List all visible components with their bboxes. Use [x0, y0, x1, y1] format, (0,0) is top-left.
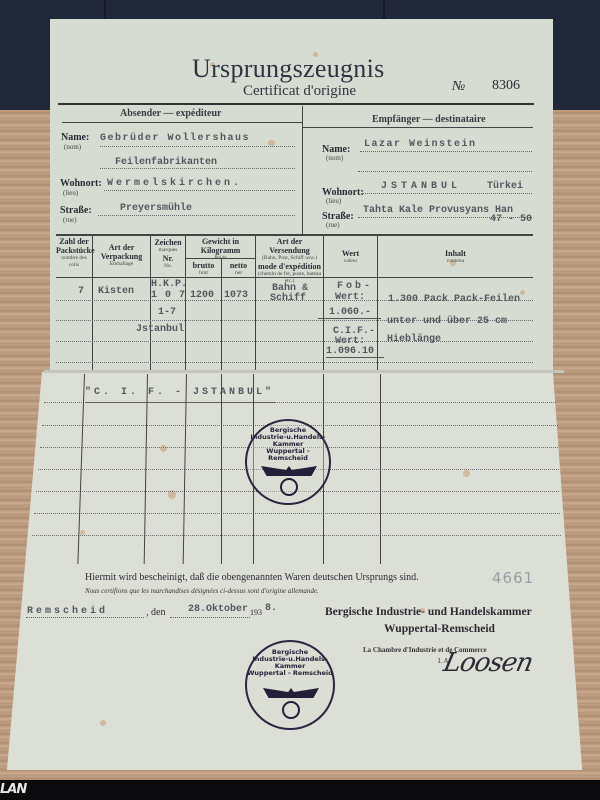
seal-ring-icon — [282, 701, 300, 719]
stamp-text-4: Wuppertal - Remscheid — [247, 448, 329, 462]
header-packaging-fr: Emballage — [93, 261, 150, 268]
cell-fob-value: 1.060.- — [329, 307, 371, 318]
recipient-heading: Empfänger — destinataire — [372, 114, 486, 125]
cell-packaging: Kisten — [98, 286, 134, 297]
footer-date-line — [170, 617, 250, 618]
footer-date: 28.Oktober — [188, 604, 248, 615]
col-divider-lower — [221, 374, 222, 564]
chamber-city: Wuppertal-Remscheid — [384, 623, 495, 635]
cell-fob-label: Fob- — [337, 281, 373, 292]
chamber-seal-stamp-2: Bergische Industrie-u.Handels- Kammer Wu… — [245, 640, 335, 730]
header-marks-fr: marques — [151, 247, 185, 254]
header-value: Wert valeur — [324, 249, 377, 265]
recipient-country: Türkei — [487, 181, 523, 192]
sender-street-sublabel: (rue) — [63, 216, 77, 224]
cell-marks-2: 1 0 7 — [151, 290, 186, 301]
terms-note: "C. I. F. - JSTANBUL" — [85, 387, 274, 398]
header-net-de: netto — [230, 261, 247, 270]
signature: Loosen — [441, 648, 535, 678]
recipient-name-line2 — [358, 171, 532, 172]
sender-place-sublabel: (lieu) — [63, 189, 78, 197]
cell-shipping-2: Schiff — [270, 293, 306, 304]
recipient-rule — [303, 127, 533, 128]
header-count-de: Zahl der Packstücke — [56, 237, 95, 255]
sender-name-line2-rule — [100, 168, 295, 169]
header-marks-de: Zeichen — [154, 238, 181, 247]
cell-net: 1073 — [224, 290, 248, 301]
sender-street: Preyersmühle — [120, 203, 192, 214]
recipient-place: JSTANBUL — [381, 181, 461, 192]
header-count: Zahl der Packstücke nombre des colis — [56, 237, 92, 269]
header-gross: brutto brut — [186, 261, 221, 277]
cell-marks-1: H.K.P. — [151, 279, 187, 290]
value-underline-2 — [326, 357, 384, 358]
document-subtitle: Certificat d'origine — [243, 83, 356, 100]
header-packaging: Art der Verpackung Emballage — [93, 243, 150, 268]
cell-gross: 1200 — [190, 290, 214, 301]
cell-contents-1: 1.300 Pack Pack-Feilen — [388, 294, 520, 305]
recipient-place-sublabel: (lieu) — [326, 197, 341, 205]
cell-marks-3: 1-7 — [158, 307, 176, 318]
sender-rule — [62, 122, 302, 123]
seal-ring-icon — [280, 478, 298, 496]
header-value-fr: valeur — [324, 258, 377, 265]
value-underline — [318, 318, 381, 319]
header-gross-fr: brut — [186, 270, 221, 277]
footer-year-suffix: 8. — [265, 603, 277, 614]
cell-marks-4: Jstanbul — [136, 324, 184, 335]
cell-count: 7 — [78, 286, 84, 297]
stamp-text-4: Wuppertal - Remscheid — [247, 670, 333, 677]
header-gross-de: brutto — [193, 261, 215, 270]
sender-name-sublabel: (nom) — [64, 143, 81, 151]
sender-street-label: Straße: — [60, 205, 92, 216]
recipient-name-sublabel: (nom) — [326, 154, 343, 162]
number-label: № — [452, 79, 465, 95]
header-contents-de: Inhalt — [445, 249, 466, 258]
row-line — [56, 362, 533, 363]
header-marks-nr: Nr. — [163, 254, 174, 263]
header-marks-no: No. — [151, 263, 185, 270]
header-weight-de: Gewicht in Kilogramm — [201, 237, 241, 255]
sender-place-label: Wohnort: — [60, 178, 102, 189]
recipient-place-line — [362, 193, 532, 194]
cell-fob-label2: Wert: — [335, 292, 365, 303]
footer-city-line — [26, 617, 144, 618]
header-count-fr: nombre des colis — [56, 255, 92, 269]
header-net: netto net — [222, 261, 255, 277]
sender-name-line — [100, 146, 295, 147]
header-value-de: Wert — [342, 249, 359, 258]
header-contents: Inhalt contenu — [378, 249, 533, 265]
recipient-name-line — [360, 151, 532, 152]
dark-foreground: LAN — [0, 780, 600, 800]
sender-name-label: Name: — [61, 132, 89, 143]
recipient-street-sublabel: (rue) — [326, 221, 340, 229]
chamber-seal-stamp: Bergische Industrie-u.Handels- Kammer Wu… — [245, 419, 331, 505]
header-shipping-de-note: (Bahn, Post, Schiff usw.) — [256, 255, 323, 262]
footer-year-prefix: 193 — [250, 608, 262, 617]
row-line — [32, 535, 561, 536]
sender-street-line — [98, 215, 295, 216]
header-shipping-de: Art der Versendung — [269, 237, 310, 255]
sender-place: Wermelskirchen. — [107, 178, 242, 189]
header-shipping-fr: mode d'expédition — [258, 262, 321, 271]
header-contents-fr: contenu — [378, 258, 533, 265]
header-rule — [58, 103, 534, 105]
cell-contents-3: Hieblänge — [387, 334, 441, 345]
col-divider-lower — [380, 374, 381, 564]
row-line — [56, 341, 533, 342]
cell-cif-value: 1.096.10 — [326, 346, 374, 357]
sender-name-line2: Feilenfabrikanten — [115, 157, 217, 168]
pencil-note: 4661 — [492, 569, 534, 587]
footer-den: , den — [146, 607, 165, 618]
sender-place-line — [104, 190, 295, 191]
table-top-rule — [56, 234, 533, 236]
paper-fold — [44, 370, 564, 373]
footer-city: Remscheid — [27, 606, 108, 617]
address-divider — [302, 106, 303, 234]
recipient-street-number: 47 - 50 — [490, 214, 532, 225]
recipient-name: Lazar Weinstein — [364, 139, 477, 150]
eagle-emblem-icon — [261, 466, 317, 476]
header-shipping: Art der Versendung (Bahn, Post, Schiff u… — [256, 237, 323, 285]
header-net-fr: net — [222, 270, 255, 277]
sender-heading: Absender — expéditeur — [120, 108, 221, 119]
eagle-emblem-icon — [263, 688, 319, 698]
sender-name: Gebrüder Wollershaus — [100, 133, 250, 144]
corner-logo-text: LAN — [0, 782, 26, 797]
certificate-number: 8306 — [492, 78, 520, 94]
cell-contents-2: unter und über 25 cm — [387, 316, 507, 327]
row-line — [44, 402, 556, 403]
certification-german: Hiermit wird bescheinigt, daß die obenge… — [85, 572, 419, 583]
header-weight: Gewicht in Kilogramm Poids — [186, 237, 255, 262]
certification-french: Nous certifions que les marchandises dés… — [85, 587, 319, 595]
header-packaging-de: Art der Verpackung — [101, 243, 143, 261]
chamber-name: Bergische Industrie- und Handelskammer — [325, 606, 532, 618]
row-line — [34, 513, 560, 514]
header-marks: Zeichen marques Nr. No. — [151, 238, 185, 270]
document-title: Ursprungszeugnis — [192, 54, 385, 84]
